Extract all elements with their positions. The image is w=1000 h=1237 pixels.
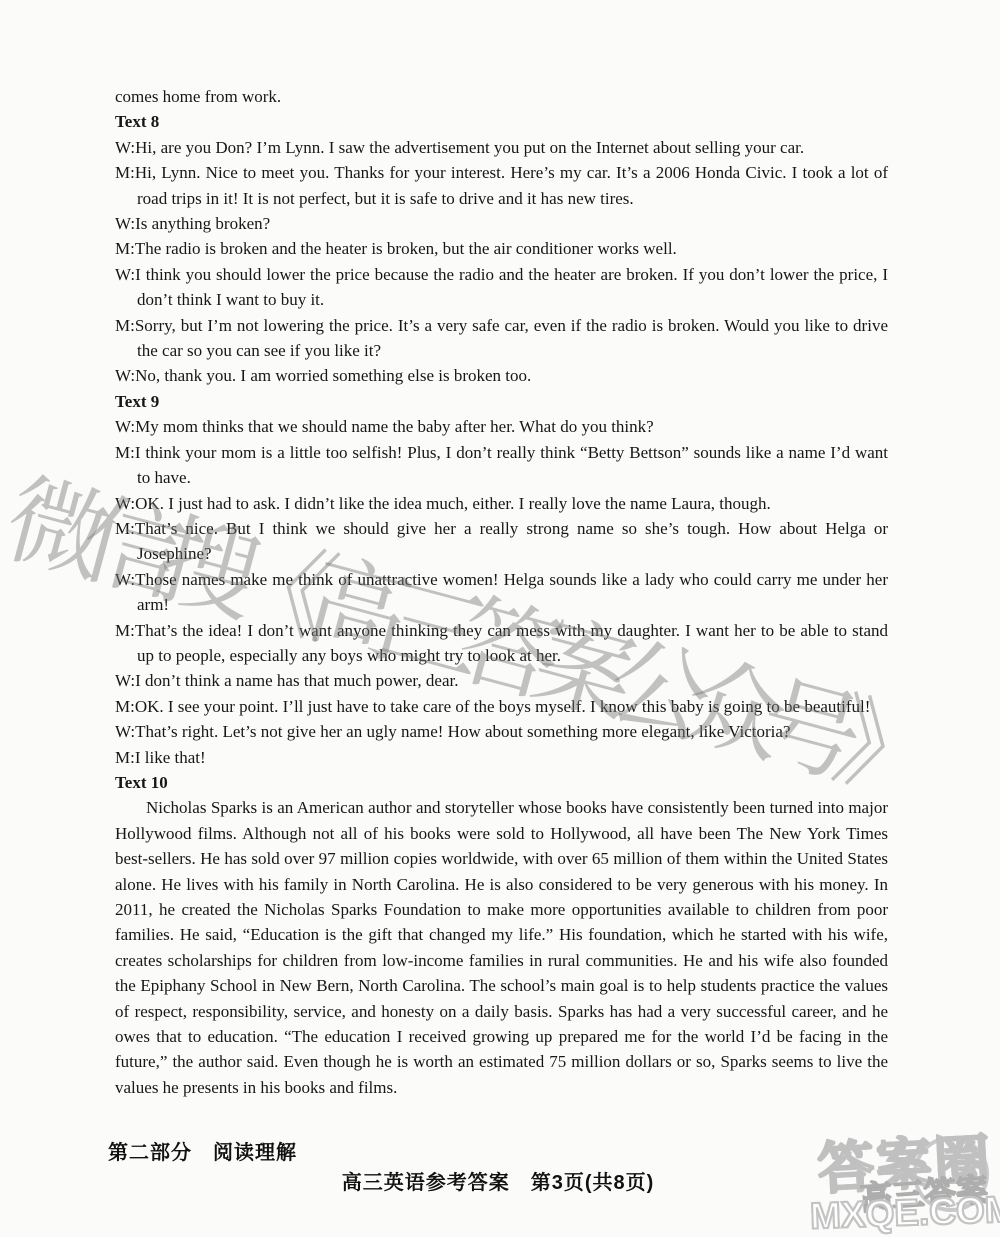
dialogue-line: M:Hi, Lynn. Nice to meet you. Thanks for… bbox=[115, 160, 888, 211]
logo-domain-text: MXQE.COM bbox=[809, 1190, 1000, 1234]
dialogue-line: W:That’s right. Let’s not give her an ug… bbox=[115, 719, 888, 744]
dialogue-line: W:My mom thinks that we should name the … bbox=[115, 414, 888, 439]
dialogue-line: W:Is anything broken? bbox=[115, 211, 888, 236]
dialogue-line: W:No, thank you. I am worried something … bbox=[115, 363, 888, 388]
transcript-content: comes home from work. Text 8 W:Hi, are y… bbox=[115, 84, 888, 1100]
dialogue-line: M:I like that! bbox=[115, 745, 888, 770]
dialogue-line: M:That’s nice. But I think we should giv… bbox=[115, 516, 888, 567]
text10-heading: Text 10 bbox=[115, 770, 888, 795]
dialogue-line: M:That’s the idea! I don’t want anyone t… bbox=[115, 618, 888, 669]
dialogue-line: M:I think your mom is a little too selfi… bbox=[115, 440, 888, 491]
dialogue-line: W:Those names make me think of unattract… bbox=[115, 567, 888, 618]
dialogue-line: W:Hi, are you Don? I’m Lynn. I saw the a… bbox=[115, 135, 888, 160]
text10-paragraph: Nicholas Sparks is an American author an… bbox=[115, 795, 888, 1100]
dialogue-line: M:The radio is broken and the heater is … bbox=[115, 236, 888, 261]
dialogue-line: W:I think you should lower the price bec… bbox=[115, 262, 888, 313]
continuation-line: comes home from work. bbox=[115, 84, 888, 109]
text9-heading: Text 9 bbox=[115, 389, 888, 414]
dialogue-line: W:OK. I just had to ask. I didn’t like t… bbox=[115, 491, 888, 516]
footer-section-title: 第二部分 阅读理解 bbox=[108, 1136, 297, 1165]
text8-heading: Text 8 bbox=[115, 109, 888, 134]
dialogue-line: W:I don’t think a name has that much pow… bbox=[115, 668, 888, 693]
dialogue-line: M:OK. I see your point. I’ll just have t… bbox=[115, 694, 888, 719]
exam-answer-page: comes home from work. Text 8 W:Hi, are y… bbox=[0, 0, 1000, 1237]
dialogue-line: M:Sorry, but I’m not lowering the price.… bbox=[115, 313, 888, 364]
footer-page-number: 高三英语参考答案 第3页(共8页) bbox=[0, 1166, 996, 1195]
